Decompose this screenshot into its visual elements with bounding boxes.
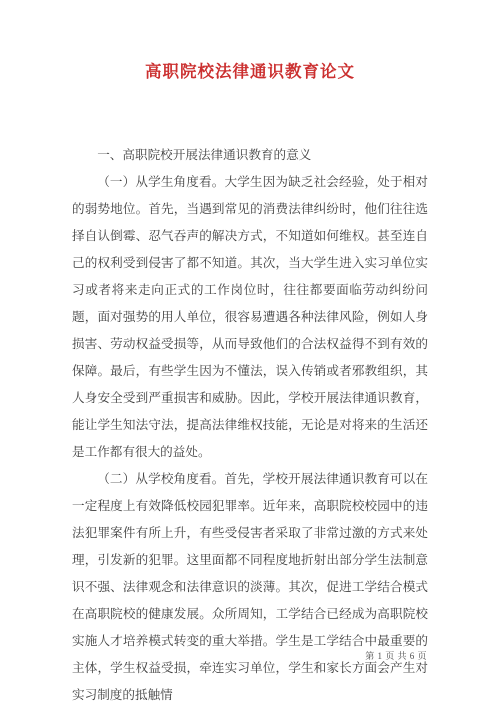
document-title: 高职院校法律通识教育论文 bbox=[0, 0, 500, 83]
page-number-footer: 第 1 页 共 6 页 bbox=[365, 650, 427, 662]
paragraph: （二）从学校角度看。首先，学校开展法律通识教育可以在一定程度上有效降低校园犯罪率… bbox=[72, 466, 428, 707]
document-body: 一、高职院校开展法律通识教育的意义 （一）从学生角度看。大学生因为缺乏社会经验，… bbox=[72, 142, 428, 707]
paragraph: （一）从学生角度看。大学生因为缺乏社会经验，处于相对的弱势地位。首先，当遇到常见… bbox=[72, 169, 428, 466]
document-page: 高职院校法律通识教育论文 一、高职院校开展法律通识教育的意义 （一）从学生角度看… bbox=[0, 0, 500, 707]
section-heading: 一、高职院校开展法律通识教育的意义 bbox=[72, 142, 428, 169]
